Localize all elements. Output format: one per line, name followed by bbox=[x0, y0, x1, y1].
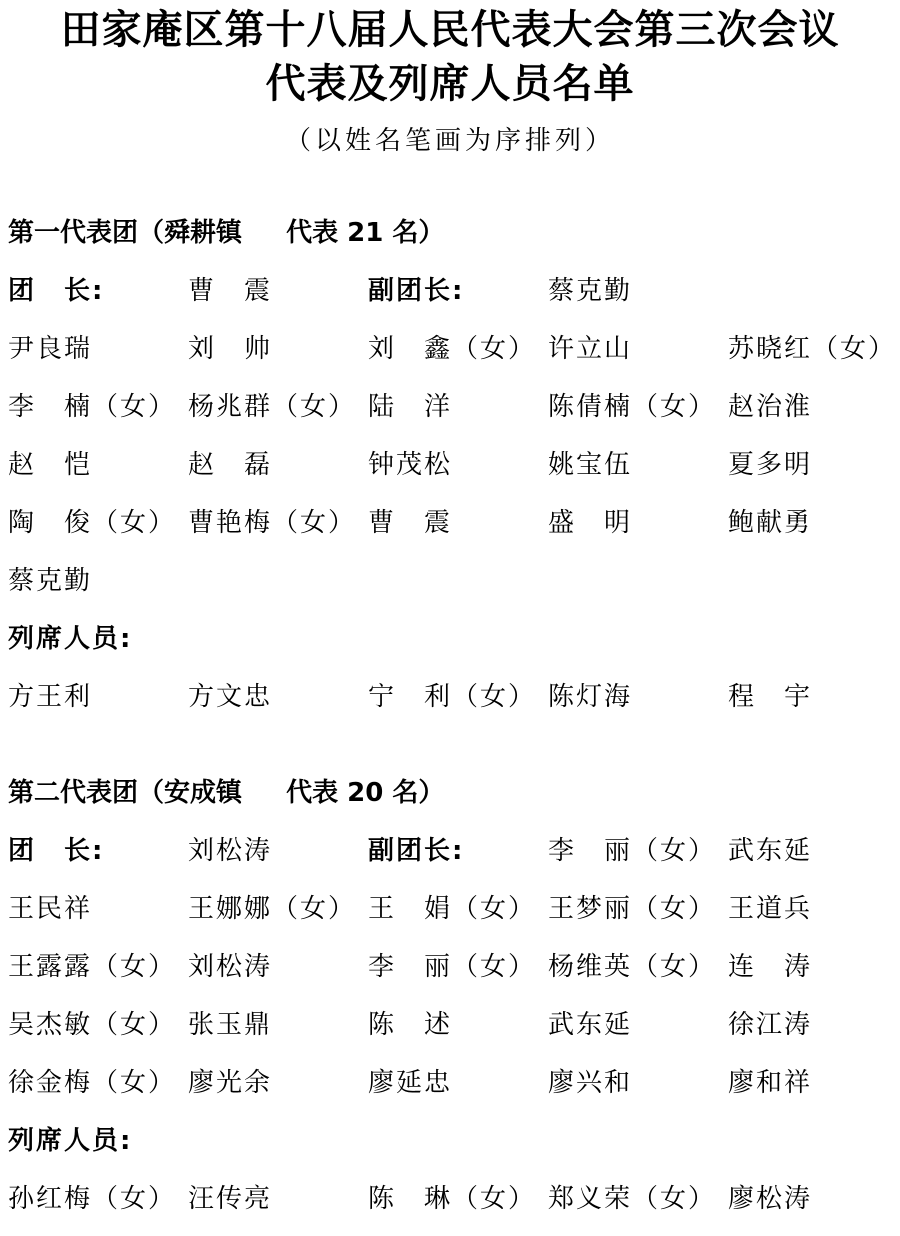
member-name: 盛 明 bbox=[548, 508, 632, 538]
leaders-row: 团 长: 曹 震 副团长: 蔡克勤 bbox=[0, 276, 900, 306]
attendees-label: 列席人员: bbox=[8, 624, 132, 654]
member-name: 许立山 bbox=[548, 334, 632, 364]
member-name: 王露露（女） bbox=[8, 952, 176, 982]
member-name: 曹艳梅（女） bbox=[188, 508, 356, 538]
member-name: 王道兵 bbox=[728, 894, 812, 924]
member-name: 徐江涛 bbox=[728, 1010, 812, 1040]
member-name: 赵治淮 bbox=[728, 392, 812, 422]
member-name: 徐金梅（女） bbox=[8, 1068, 176, 1098]
attendee-name: 方文忠 bbox=[188, 682, 272, 712]
leader-label: 团 长: bbox=[8, 836, 104, 866]
table-row: 蔡克勤 bbox=[0, 566, 900, 596]
attendee-name: 郑义荣（女） bbox=[548, 1184, 716, 1214]
attendee-name: 程 宇 bbox=[728, 682, 812, 712]
deputy-name: 李 丽（女） bbox=[548, 836, 716, 866]
attendee-name: 方王利 bbox=[8, 682, 92, 712]
table-row: 徐金梅（女） 廖光余 廖延忠 廖兴和 廖和祥 bbox=[0, 1068, 900, 1098]
member-name: 王民祥 bbox=[8, 894, 92, 924]
document-subtitle: （以姓名笔画为序排列） bbox=[0, 126, 900, 156]
attendee-name: 陈灯海 bbox=[548, 682, 632, 712]
member-name: 杨兆群（女） bbox=[188, 392, 356, 422]
group-heading: 第二代表团（安成镇 代表 20 名） bbox=[8, 778, 444, 808]
member-name: 刘 鑫（女） bbox=[368, 334, 536, 364]
member-name: 王娜娜（女） bbox=[188, 894, 356, 924]
deputy-label: 副团长: bbox=[368, 276, 464, 306]
member-name: 蔡克勤 bbox=[8, 566, 92, 596]
leader-label: 团 长: bbox=[8, 276, 104, 306]
deputy-label: 副团长: bbox=[368, 836, 464, 866]
member-name: 廖兴和 bbox=[548, 1068, 632, 1098]
leaders-row: 团 长: 刘松涛 副团长: 李 丽（女） 武东延 bbox=[0, 836, 900, 866]
attendees-label: 列席人员: bbox=[8, 1126, 132, 1156]
leader-name: 曹 震 bbox=[188, 276, 272, 306]
attendees-heading-row: 列席人员: bbox=[0, 1126, 900, 1156]
attendees-heading-row: 列席人员: bbox=[0, 624, 900, 654]
member-name: 武东延 bbox=[548, 1010, 632, 1040]
member-name: 廖光余 bbox=[188, 1068, 272, 1098]
member-name: 夏多明 bbox=[728, 450, 812, 480]
table-row: 陶 俊（女） 曹艳梅（女） 曹 震 盛 明 鲍献勇 bbox=[0, 508, 900, 538]
attendee-name: 陈 琳（女） bbox=[368, 1184, 536, 1214]
member-name: 王 娟（女） bbox=[368, 894, 536, 924]
member-name: 赵 磊 bbox=[188, 450, 272, 480]
member-name: 赵 恺 bbox=[8, 450, 92, 480]
member-name: 廖延忠 bbox=[368, 1068, 452, 1098]
deputy-name: 蔡克勤 bbox=[548, 276, 632, 306]
member-name: 姚宝伍 bbox=[548, 450, 632, 480]
member-name: 尹良瑞 bbox=[8, 334, 92, 364]
member-name: 张玉鼎 bbox=[188, 1010, 272, 1040]
member-name: 陶 俊（女） bbox=[8, 508, 176, 538]
table-row: 王民祥 王娜娜（女） 王 娟（女） 王梦丽（女） 王道兵 bbox=[0, 894, 900, 924]
member-name: 陈 述 bbox=[368, 1010, 452, 1040]
attendees-row: 方王利 方文忠 宁 利（女） 陈灯海 程 宇 bbox=[0, 682, 900, 712]
member-name: 杨维英（女） bbox=[548, 952, 716, 982]
group-heading: 第一代表团（舜耕镇 代表 21 名） bbox=[8, 218, 444, 248]
table-row: 王露露（女） 刘松涛 李 丽（女） 杨维英（女） 连 涛 bbox=[0, 952, 900, 982]
leader-name: 刘松涛 bbox=[188, 836, 272, 866]
member-name: 陈倩楠（女） bbox=[548, 392, 716, 422]
table-row: 吴杰敏（女） 张玉鼎 陈 述 武东延 徐江涛 bbox=[0, 1010, 900, 1040]
member-name: 廖和祥 bbox=[728, 1068, 812, 1098]
member-name: 连 涛 bbox=[728, 952, 812, 982]
attendee-name: 汪传亮 bbox=[188, 1184, 272, 1214]
member-name: 鲍献勇 bbox=[728, 508, 812, 538]
document-title-line2: 代表及列席人员名单 bbox=[0, 62, 900, 106]
attendee-name: 宁 利（女） bbox=[368, 682, 536, 712]
table-row: 尹良瑞 刘 帅 刘 鑫（女） 许立山 苏晓红（女） bbox=[0, 334, 900, 364]
table-row: 赵 恺 赵 磊 钟茂松 姚宝伍 夏多明 bbox=[0, 450, 900, 480]
member-name: 刘 帅 bbox=[188, 334, 272, 364]
deputy-name-2: 武东延 bbox=[728, 836, 812, 866]
attendees-row: 孙红梅（女） 汪传亮 陈 琳（女） 郑义荣（女） 廖松涛 bbox=[0, 1184, 900, 1214]
table-row: 李 楠（女） 杨兆群（女） 陆 洋 陈倩楠（女） 赵治淮 bbox=[0, 392, 900, 422]
member-name: 王梦丽（女） bbox=[548, 894, 716, 924]
member-name: 苏晓红（女） bbox=[728, 334, 896, 364]
attendee-name: 廖松涛 bbox=[728, 1184, 812, 1214]
document-title-line1: 田家庵区第十八届人民代表大会第三次会议 bbox=[0, 8, 900, 52]
member-name: 李 丽（女） bbox=[368, 952, 536, 982]
member-name: 陆 洋 bbox=[368, 392, 452, 422]
attendee-name: 孙红梅（女） bbox=[8, 1184, 176, 1214]
member-name: 刘松涛 bbox=[188, 952, 272, 982]
member-name: 曹 震 bbox=[368, 508, 452, 538]
member-name: 吴杰敏（女） bbox=[8, 1010, 176, 1040]
member-name: 钟茂松 bbox=[368, 450, 452, 480]
member-name: 李 楠（女） bbox=[8, 392, 176, 422]
